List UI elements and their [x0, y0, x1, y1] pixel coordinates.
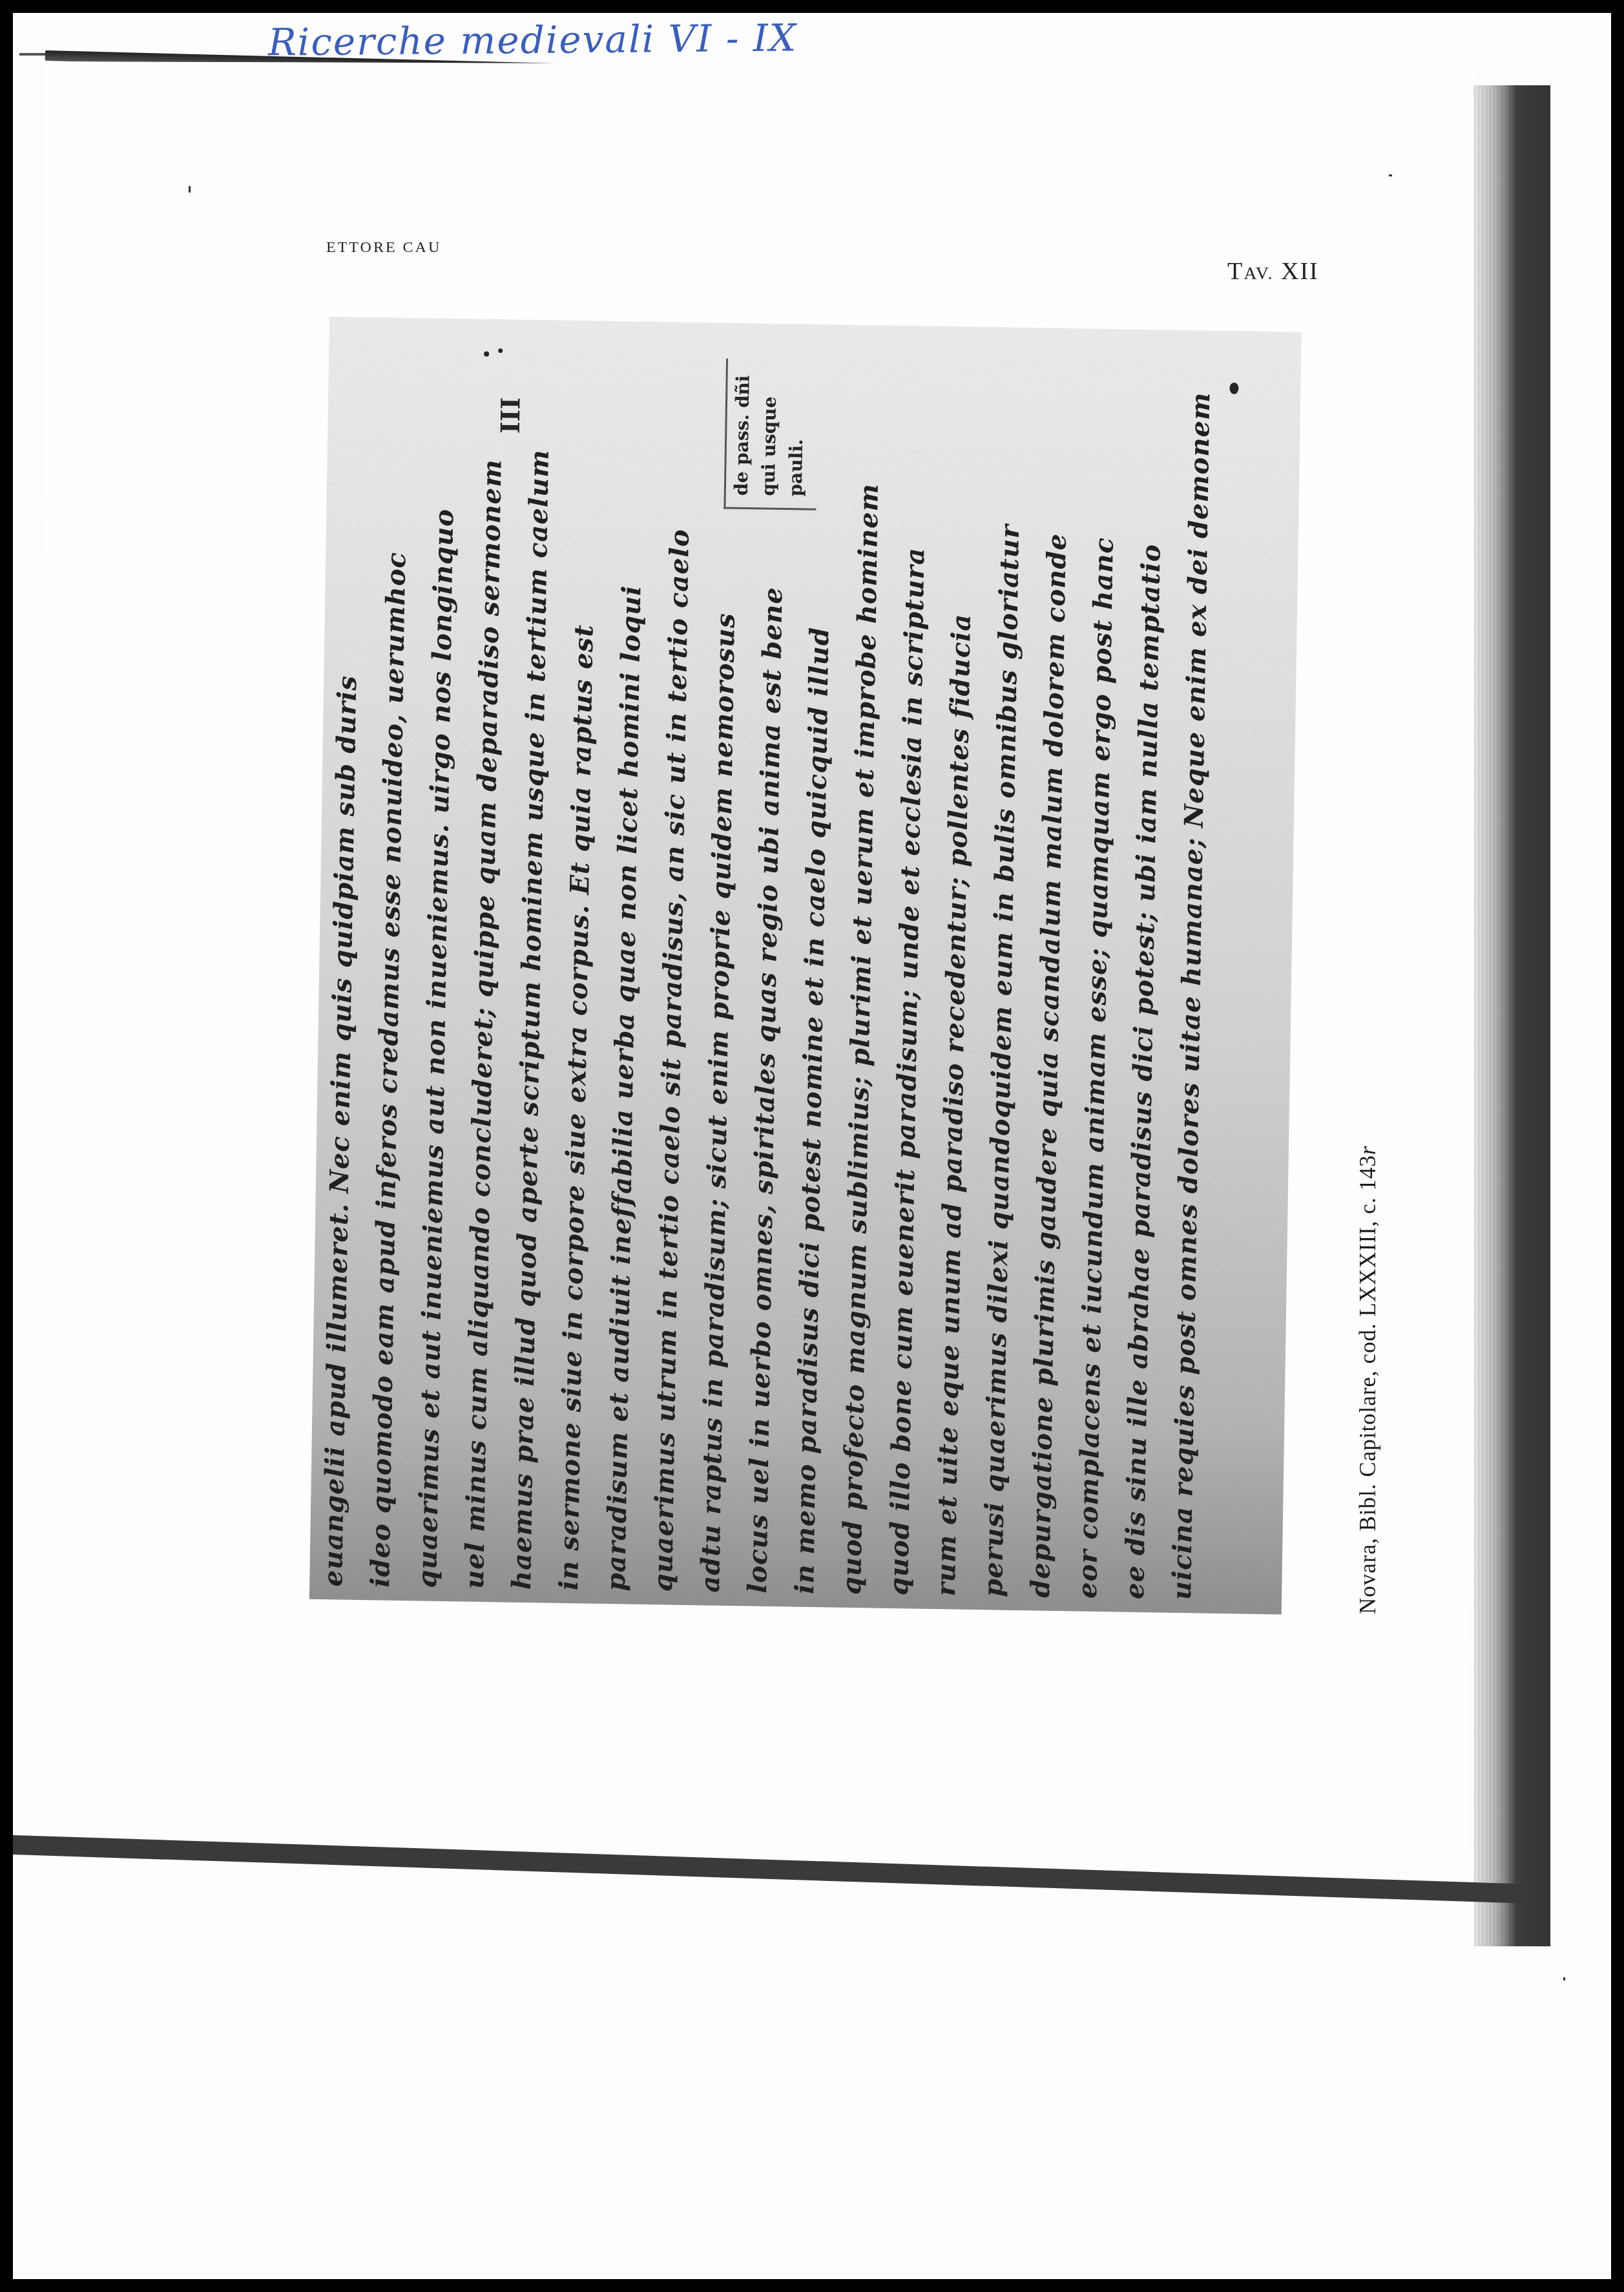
- manuscript-line: perusi quaerimus dilexi quandoquidem eum…: [978, 524, 1025, 1597]
- plate-label-rest: AV.: [1244, 264, 1273, 284]
- manuscript-text-block: euangelii apud illumeret. Nec enim quis …: [309, 317, 1302, 1614]
- manuscript-line: ideo quomodo eam apud inferos credamus e…: [365, 551, 411, 1587]
- plate-caption: Novara, Bibl. Capitolare, cod. LXXXIII, …: [1355, 1146, 1381, 1614]
- manuscript-line: paradisum et audiuit ineffabilia uerba q…: [601, 585, 647, 1591]
- manuscript-line: rum et uite eque unum ad paradiso recede…: [931, 613, 977, 1596]
- page-edges-texture: [1474, 85, 1513, 1946]
- scan-speck: [1563, 1977, 1565, 1981]
- scan-area: Ricerche medievali VI - IX ETTORE CAU TA…: [13, 13, 1611, 2279]
- running-head-plate-number: TAV. XII: [1227, 257, 1319, 286]
- manuscript-plate-photo: III de pass. dñi qui usque pauli. euange…: [309, 317, 1302, 1614]
- manuscript-line: in sermone siue in corpore siue extra co…: [554, 624, 599, 1591]
- plate-label-initial: T: [1227, 258, 1244, 285]
- manuscript-line: uel minus cum aliquando concluderet; qui…: [459, 459, 507, 1589]
- manuscript-line: quaerimus utrum in tertio caelo sit para…: [648, 529, 695, 1592]
- plate-numeral: XII: [1281, 258, 1319, 285]
- running-head-author: ETTORE CAU: [326, 239, 441, 257]
- scan-mark: [19, 53, 45, 56]
- manuscript-line: in memo paradisus dici potest nomine et …: [789, 627, 835, 1594]
- manuscript-line: uicina requies post omnes dolores uitae …: [1167, 392, 1216, 1600]
- manuscript-line: locus uel in uerbo omnes, spiritales qua…: [742, 587, 788, 1593]
- manuscript-line: depurgatione plurimis gaudere quia scand…: [1025, 533, 1072, 1598]
- handwritten-annotation: Ricerche medievali VI - IX: [268, 16, 798, 64]
- manuscript-line: quaerimus et aut inueniemus aut non inue…: [412, 509, 459, 1588]
- manuscript-line: quod profecto magnum sublimius; plurimi …: [837, 483, 884, 1595]
- caption-recto-mark: r: [1355, 1146, 1380, 1155]
- manuscript-line: euangelii apud illumeret. Nec enim quis …: [318, 675, 362, 1587]
- manuscript-line: adtu raptus in paradisum; sicut enim pro…: [695, 613, 741, 1593]
- manuscript-line: haemus prae illud quod aperte scriptum h…: [506, 449, 555, 1590]
- manuscript-line: quod illo bone cum euenerit paradisum; u…: [884, 547, 930, 1596]
- scan-speck: [1389, 174, 1392, 176]
- manuscript-line: ee dis sinu ille abrahae paradisus dici …: [1119, 543, 1167, 1599]
- scan-speck: [189, 186, 191, 193]
- manuscript-line: eor complacens et iucundum animam esse; …: [1072, 537, 1119, 1599]
- caption-text: Novara, Bibl. Capitolare, cod. LXXXIII, …: [1355, 1155, 1380, 1614]
